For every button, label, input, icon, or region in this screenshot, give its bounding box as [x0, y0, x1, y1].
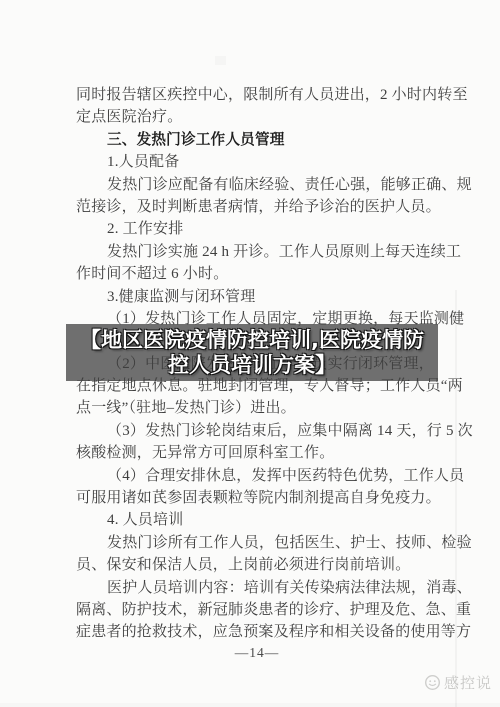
text-line: 点一线”（驻地–发热门诊）进出。: [76, 397, 438, 419]
text-line: 定点医院治疗。: [76, 106, 438, 128]
text-line: 核酸检测，无异常方可回原科室工作。: [76, 442, 438, 464]
overlay-title-line-2: 控人员培训方案】: [168, 353, 336, 378]
text-line: 发热门诊应配备有临床经验、责任心强，能够正确、规: [76, 174, 438, 196]
watermark-overlay-banner: 【地区医院疫情防控培训,医院疫情防 控人员培训方案】: [66, 324, 438, 381]
watermark-brand: 感控说: [424, 672, 492, 693]
overlay-title-line-1: 【地区医院疫情防控培训,医院疫情防: [80, 328, 424, 353]
text-line: 隔离、防护技术，新冠肺炎患者的诊疗、护理及危、急、重: [76, 599, 438, 621]
text-line: （3）发热门诊轮岗结束后，应集中隔离 14 天，行 5 次: [76, 420, 438, 442]
text-line: 4. 人员培训: [76, 509, 438, 531]
text-line: 同时报告辖区疾控中心，限制所有人员进出，2 小时内转至: [76, 84, 438, 106]
text-line: 2. 工作安排: [76, 218, 438, 240]
scan-artifact-edge: [0, 703, 500, 707]
smiley-moon-icon: [424, 674, 441, 691]
text-line: 发热门诊实施 24 h 开诊。工作人员原则上每天连续工: [76, 241, 438, 263]
scan-artifact-line: [455, 290, 457, 707]
text-line: 1.人员配备: [76, 151, 438, 173]
text-line: 范接诊，及时判断患者病情，并给予诊治的医护人员。: [76, 196, 438, 218]
text-line: （4）合理安排休息，发挥中医药特色优势，工作人员: [76, 465, 438, 487]
text-line: 症患者的抢救技术，应急预案及程序和相关设备的使用等方: [76, 621, 438, 643]
text-line: 可服用诸如芪参固表颗粒等院内制剂提高自身免疫力。: [76, 487, 438, 509]
document-page: 同时报告辖区疾控中心，限制所有人员进出，2 小时内转至 定点医院治疗。 三、发热…: [0, 0, 500, 707]
text-line: 发热门诊所有工作人员，包括医生、护士、技师、检验: [76, 532, 438, 554]
page-number: —14—: [76, 645, 438, 661]
text-line: 3.健康监测与闭环管理: [76, 286, 438, 308]
text-line: 医护人员培训内容：培训有关传染病法律法规，消毒、: [76, 577, 438, 599]
scan-artifact-smudge: [215, 56, 226, 65]
watermark-label: 感控说: [444, 672, 492, 693]
section-heading: 三、发热门诊工作人员管理: [76, 129, 438, 151]
text-line: 作时间不超过 6 小时。: [76, 263, 438, 285]
text-line: 员、保安和保洁人员，上岗前必须进行岗前培训。: [76, 554, 438, 576]
